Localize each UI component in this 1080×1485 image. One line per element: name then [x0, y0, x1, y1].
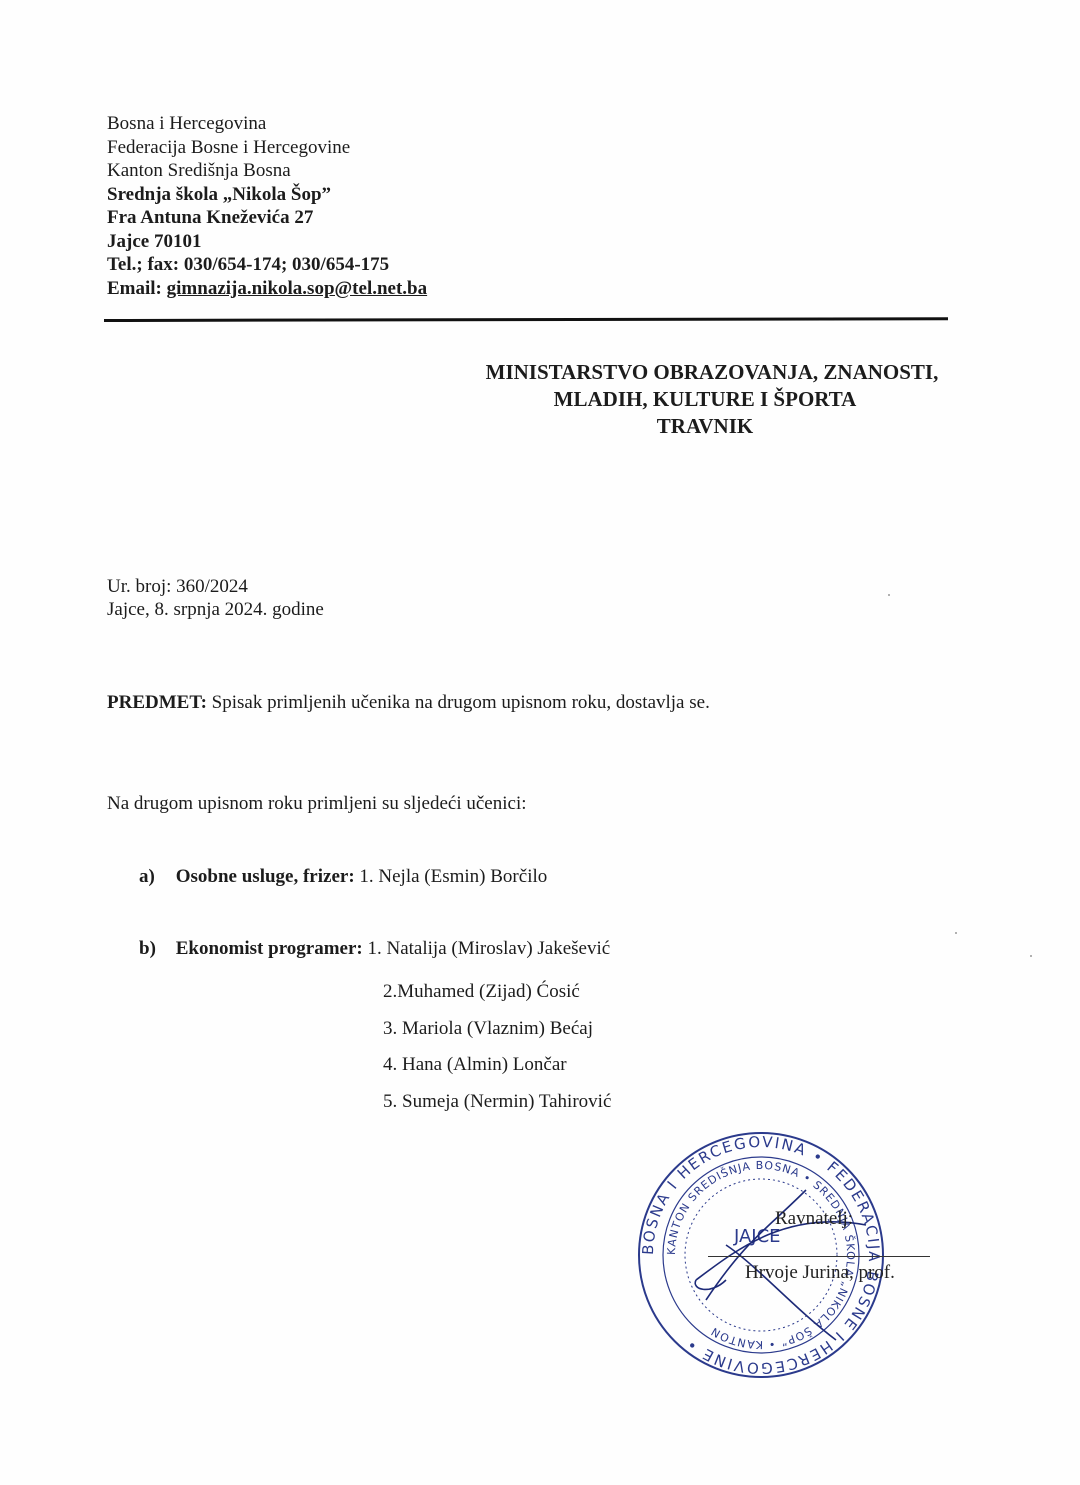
letterhead-line-school: Srednja škola „Nikola Šop” — [107, 183, 427, 207]
student-item: 3. Mariola (Vlaznim) Bećaj — [383, 1011, 611, 1048]
svg-text:KANTON SREDIŠNJA BOSNA • SREDN: KANTON SREDIŠNJA BOSNA • SREDNJA ŠKOLA „… — [665, 1159, 857, 1351]
email-link[interactable]: gimnazija.nikola.sop@tel.net.ba — [167, 278, 427, 299]
scan-speck — [955, 932, 957, 934]
section-marker: b) — [139, 938, 171, 960]
signature-line — [708, 1256, 930, 1257]
scan-speck — [1030, 955, 1032, 957]
email-label: Email: — [107, 278, 162, 299]
official-stamp-icon: BOSNA I HERCEGOVINA • FEDERACIJA BOSNE I… — [636, 1130, 886, 1380]
letterhead-line-address: Fra Antuna Kneževića 27 — [107, 206, 427, 230]
letterhead-line-phone: Tel.; fax: 030/654-174; 030/654-175 — [107, 253, 427, 277]
subject-label: PREDMET: — [107, 692, 207, 713]
letterhead: Bosna i Hercegovina Federacija Bosne i H… — [107, 112, 427, 300]
student-item: 2.Muhamed (Zijad) Ćosić — [383, 974, 611, 1011]
header-divider — [104, 317, 948, 322]
subject-line: PREDMET: Spisak primljenih učenika na dr… — [107, 692, 710, 714]
student-item: 5. Sumeja (Nermin) Tahirović — [383, 1084, 611, 1121]
student-list: 2.Muhamed (Zijad) Ćosić 3. Mariola (Vlaz… — [383, 974, 611, 1120]
section-marker: a) — [139, 866, 171, 888]
recipient-line-1: MINISTARSTVO OBRAZOVANJA, ZNANOSTI, — [454, 359, 970, 386]
section-label: Ekonomist programer: — [176, 938, 363, 959]
letterhead-line-canton: Kanton Središnja Bosna — [107, 159, 427, 183]
recipient-line-3: TRAVNIK — [440, 413, 970, 440]
recipient-block: MINISTARSTVO OBRAZOVANJA, ZNANOSTI, MLAD… — [440, 359, 970, 440]
intro-text: Na drugom upisnom roku primljeni su slje… — [107, 793, 527, 815]
stamp-inner-text: KANTON SREDIŠNJA BOSNA • SREDNJA ŠKOLA „… — [665, 1159, 857, 1351]
student-item: 4. Hana (Almin) Lončar — [383, 1047, 611, 1084]
reference-block: Ur. broj: 360/2024 Jajce, 8. srpnja 2024… — [107, 575, 324, 621]
letterhead-line-city: Jajce 70101 — [107, 230, 427, 254]
student-item: 1. Natalija (Miroslav) Jakešević — [368, 938, 611, 959]
student-item: 1. Nejla (Esmin) Borčilo — [359, 866, 547, 887]
letterhead-line-country: Bosna i Hercegovina — [107, 112, 427, 136]
signature-title: Ravnatelj: — [775, 1208, 853, 1230]
signatory-name: Hrvoje Jurina, prof. — [745, 1262, 895, 1284]
scan-speck — [888, 594, 890, 596]
letterhead-line-email: Email: gimnazija.nikola.sop@tel.net.ba — [107, 277, 427, 301]
section-economist-programmer: b) Ekonomist programer: 1. Natalija (Mir… — [139, 938, 610, 960]
section-hairdresser: a) Osobne usluge, frizer: 1. Nejla (Esmi… — [139, 866, 547, 888]
place-date: Jajce, 8. srpnja 2024. godine — [107, 598, 324, 621]
section-label: Osobne usluge, frizer: — [176, 866, 355, 887]
document-page: Bosna i Hercegovina Federacija Bosne i H… — [0, 0, 1080, 1485]
reference-number: Ur. broj: 360/2024 — [107, 575, 324, 598]
recipient-line-2: MLADIH, KULTURE I ŠPORTA — [440, 386, 970, 413]
letterhead-line-federation: Federacija Bosne i Hercegovine — [107, 136, 427, 160]
subject-text: Spisak primljenih učenika na drugom upis… — [207, 692, 710, 713]
